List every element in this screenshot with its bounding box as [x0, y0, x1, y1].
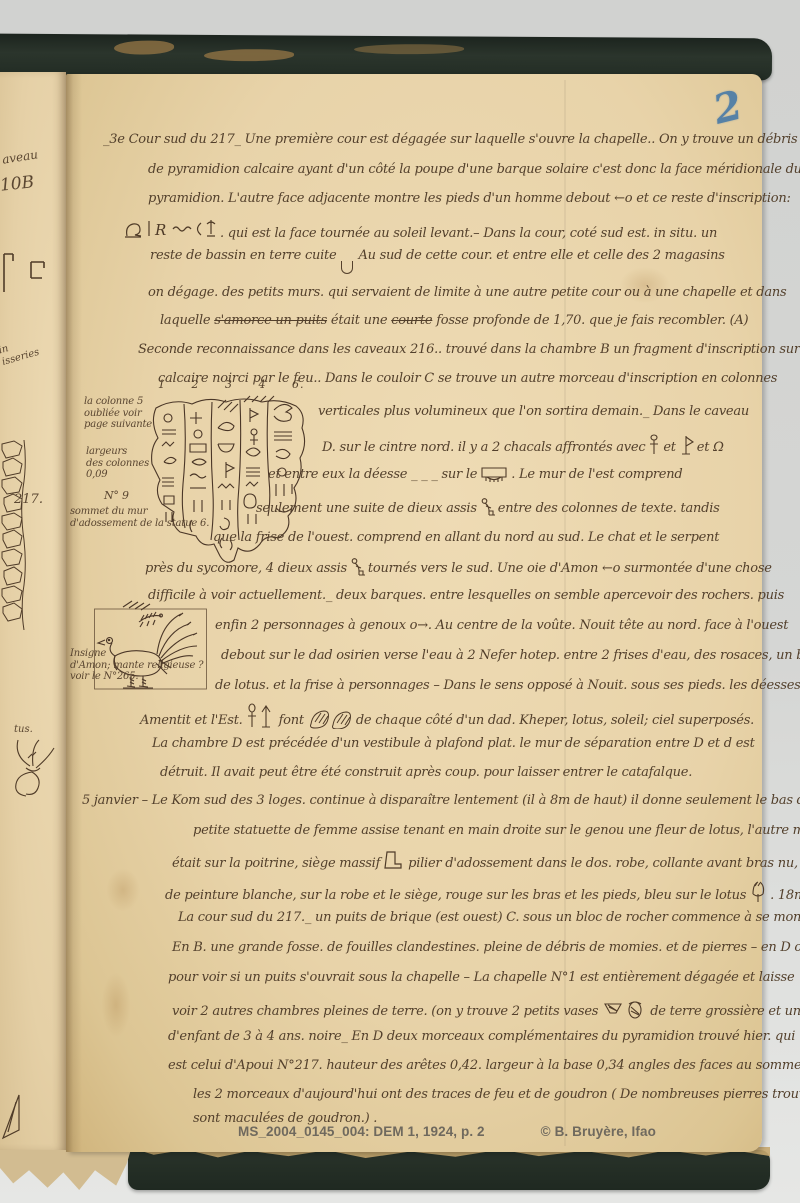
triangle-sliver-sketch [0, 1092, 22, 1144]
fragment-text-caveau: aveau [1, 147, 39, 166]
margin-note-sommet: sommet du mur d'adossement de la statue … [70, 506, 209, 529]
hieroglyph-seated-god-icon [480, 497, 495, 517]
line-text: . qui est la face tournée au soleil leva… [220, 226, 717, 241]
line-text: voir 2 autres chambres pleines de terre.… [172, 1004, 598, 1019]
fragment-text-10B: 10B [0, 172, 35, 195]
fragment-text-217: 217. [14, 492, 43, 507]
fragment-text-lotus: tus. [14, 724, 33, 735]
line-text: et Ω [697, 440, 724, 455]
margin-note-column-width: largeurs des colonnes 0,09 [86, 446, 149, 481]
line-text: était sur la poitrine, siège massif [172, 856, 380, 871]
hieroglyph-seated-god-icon [350, 557, 365, 577]
ink-stain [100, 860, 146, 920]
svg-text:R: R [154, 221, 166, 239]
line-text: et [663, 440, 675, 455]
fragment-bracket-sketch [0, 250, 50, 310]
margin-note-n9: N° 9 [104, 490, 129, 502]
manuscript-line: debout sur le dad osirien verse l'eau à … [221, 647, 800, 664]
previous-page-sliver: aveau 10B in isseries 2 [0, 72, 66, 1150]
cover-wear-patch [354, 44, 464, 55]
left-pages-bottom-edge [0, 1146, 132, 1190]
archival-caption: MS_2004_0145_004: DEM 1, 1924, p. 2 © B.… [238, 1124, 670, 1139]
line-text: seulement une suite de dieux assis [256, 501, 477, 516]
cover-wear-patch [114, 40, 174, 54]
hieroglyph-flag-icon [679, 434, 694, 456]
line-text: entre des colonnes de texte. tandis [498, 501, 720, 516]
manuscript-line-with-glyphs: Amentit et l'Est.fontde chaque côté d'un… [140, 703, 754, 729]
manuscript-scan: aveau 10B in isseries 2 [0, 0, 800, 1203]
manuscript-line-with-strikethrough: laquelle s'amorce un puits était une cou… [160, 312, 748, 329]
cover-wear-patch [204, 49, 294, 62]
manuscript-line: Seconde reconnaissance dans les caveaux … [138, 341, 800, 358]
line-text: Amentit et l'Est. [140, 713, 243, 728]
manuscript-line: que la frise de l'ouest. comprend en all… [213, 529, 719, 546]
manuscript-line: _3e Cour sud du 217_ Une première cour e… [103, 131, 797, 148]
line-text: pilier d'adossement dans le dos. robe, c… [408, 856, 800, 871]
hieroglyph-column-numbers: 1 2 3 4 6. [158, 378, 304, 391]
manuscript-line: pyramidion. L'autre face adjacente montr… [148, 190, 791, 207]
stone-wall-sketch [0, 440, 28, 630]
hieroglyph-lotus-icon [749, 880, 767, 904]
hieroglyph-vases-icon [601, 998, 647, 1020]
line-text: de terre grossière et une main [650, 1004, 800, 1019]
line-text: fosse profonde de 1,70. que je fais reco… [432, 313, 748, 328]
manuscript-line: difficile à voir actuellement._ deux bar… [148, 587, 784, 604]
manuscript-line-dated: 5 janvier – Le Kom sud des 3 loges. cont… [82, 792, 800, 809]
manuscript-line: En B. une grande fosse. de fouilles clan… [172, 939, 800, 956]
manuscript-line-with-glyphs: D. sur le cintre nord. il y a 2 chacals … [322, 434, 724, 456]
line-text: reste de bassin en terre cuite [150, 248, 336, 263]
margin-note-column5: la colonne 5 oubliée voir page suivante [84, 396, 152, 431]
manuscript-line: La cour sud du 217._ un puits de brique … [178, 909, 800, 926]
line-text: D. sur le cintre nord. il y a 2 chacals … [322, 440, 645, 455]
manuscript-line: de pyramidion calcaire ayant d'un côté l… [148, 161, 800, 178]
manuscript-line-with-glyphs: seulement une suite de dieux assisentre … [256, 497, 720, 517]
manuscript-line: verticales plus volumineux que l'on sort… [318, 403, 749, 420]
struck-text: courte [391, 313, 432, 328]
manuscript-line: de lotus. et la frise à personnages – Da… [215, 677, 800, 694]
line-text: de chaque côté d'un dad. Kheper, lotus, … [356, 713, 754, 728]
manuscript-line: on dégage. des petits murs. qui servaien… [148, 284, 786, 301]
line-text: font [279, 713, 304, 728]
hieroglyph-seat-icon [383, 850, 405, 872]
line-text: laquelle [160, 313, 214, 328]
hieroglyph-basket-icon [480, 466, 508, 483]
line-text: était une [327, 313, 391, 328]
manuscript-line-with-glyphs: de peinture blanche, sur la robe et le s… [165, 880, 800, 904]
line-text: Le Kom sud des 3 loges. continue à dispa… [152, 793, 800, 808]
line-text: et entre eux la déesse _ _ _ sur le [268, 467, 477, 482]
manuscript-line-with-basin: reste de bassin en terre cuiteAu sud de … [150, 247, 725, 274]
manuscript-line: est celui d'Apoui N°217. hauteur des arê… [168, 1057, 800, 1074]
manuscript-line: les 2 morceaux d'aujourd'hui ont des tra… [193, 1086, 800, 1103]
manuscript-line-with-glyphs: était sur la poitrine, siège massifpilie… [172, 850, 800, 872]
struck-text: s'amorce un puits [214, 313, 327, 328]
basin-plan-label [341, 261, 353, 274]
date-label: 5 janvier – [82, 793, 148, 808]
line-text: de peinture blanche, sur la robe et le s… [165, 888, 746, 903]
notebook-cover-bottom-edge [128, 1150, 770, 1190]
ink-stain [96, 960, 136, 1050]
line-text: . Le mur de l'est comprend [511, 467, 682, 482]
manuscript-line-with-glyphs: voir 2 autres chambres pleines de terre.… [172, 998, 800, 1020]
manuscript-line-with-hieroglyphs: R . qui est la face tournée au soleil le… [118, 216, 717, 242]
line-text: tournés vers le sud. Une oie d'Amon ←o s… [368, 561, 772, 576]
lotus-sliver-sketch [2, 736, 62, 800]
caption-id: MS_2004_0145_004: DEM 1, 1924, p. 2 [238, 1124, 485, 1139]
manuscript-line: détruit. Il avait peut être été construi… [160, 764, 692, 781]
manuscript-line: pour voir si un puits s'ouvrait sous la … [168, 969, 794, 986]
manuscript-line-with-glyphs: et entre eux la déesse _ _ _ sur le. Le … [268, 466, 682, 483]
caption-copyright: © B. Bruyère, Ifao [541, 1124, 656, 1139]
basin-plan-sketch [341, 257, 353, 274]
manuscript-line-with-glyphs: près du sycomore, 4 dieux assistournés v… [145, 557, 772, 577]
manuscript-line: La chambre D est précédée d'un vestibule… [152, 735, 755, 752]
fragment-text-boiseries: in isseries [0, 335, 41, 369]
hieroglyph-hatched-pair-icon [307, 707, 353, 729]
manuscript-line: petite statuette de femme assise tenant … [193, 822, 800, 839]
hieroglyph-staff-icon [648, 434, 660, 456]
line-text: . 18me dynastie début [770, 888, 800, 903]
line-text: Au sud de cette cour. et entre elle et c… [358, 248, 724, 263]
line-text: près du sycomore, 4 dieux assis [145, 561, 347, 576]
manuscript-line: d'enfant de 3 à 4 ans. noire_ En D deux … [168, 1028, 795, 1045]
manuscript-line: enfin 2 personnages à genoux o→. Au cent… [215, 617, 788, 634]
hieroglyph-standards-icon [246, 703, 276, 729]
hieroglyph-inscription-icon: R [121, 216, 217, 242]
